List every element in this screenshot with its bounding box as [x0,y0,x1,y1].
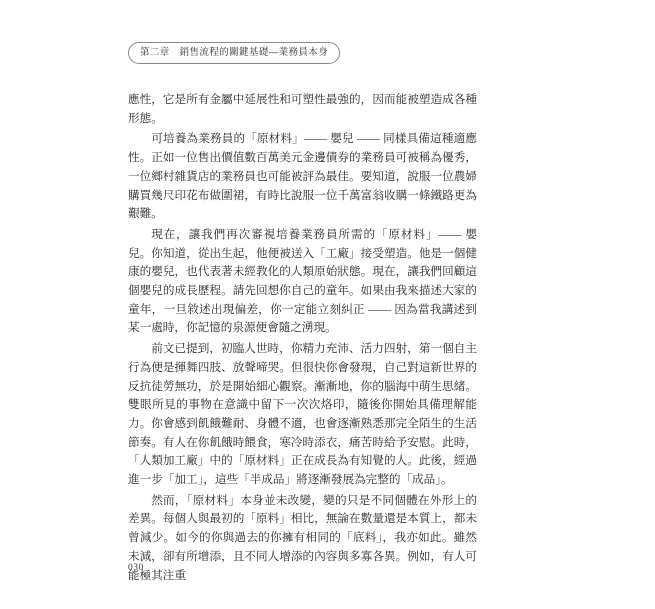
body-paragraph: 現在，讓我們再次審視培養業務員所需的「原材料」—— 嬰兒。你知道，從出生起，他便… [128,226,477,338]
body-paragraph: 然而，「原材料」本身並未改變，變的只是不同個體在外形上的差異。每個人與最初的「原… [128,492,477,586]
body-paragraph: 應性，它是所有金屬中延展性和可塑性最強的，因而能被塑造成各種形態。 [128,91,477,128]
body-paragraph: 前文已提到，初臨人世時，你精力充沛、活力四射，第一個自主行為便是揮舞四肢、放聲啼… [128,340,477,490]
page-body-text: 應性，它是所有金屬中延展性和可塑性最強的，因而能被塑造成各種形態。可培養為業務員… [128,91,477,587]
page-number: 030 [128,563,144,573]
book-page: 第二章 銷售流程的關鍵基礎—業務員本身 應性，它是所有金屬中延展性和可塑性最強的… [0,0,655,609]
chapter-header-badge: 第二章 銷售流程的關鍵基礎—業務員本身 [128,42,340,64]
body-paragraph: 可培養為業務員的「原材料」—— 嬰兒 —— 同樣具備這種適應性。正如一位售出價值… [128,130,477,224]
